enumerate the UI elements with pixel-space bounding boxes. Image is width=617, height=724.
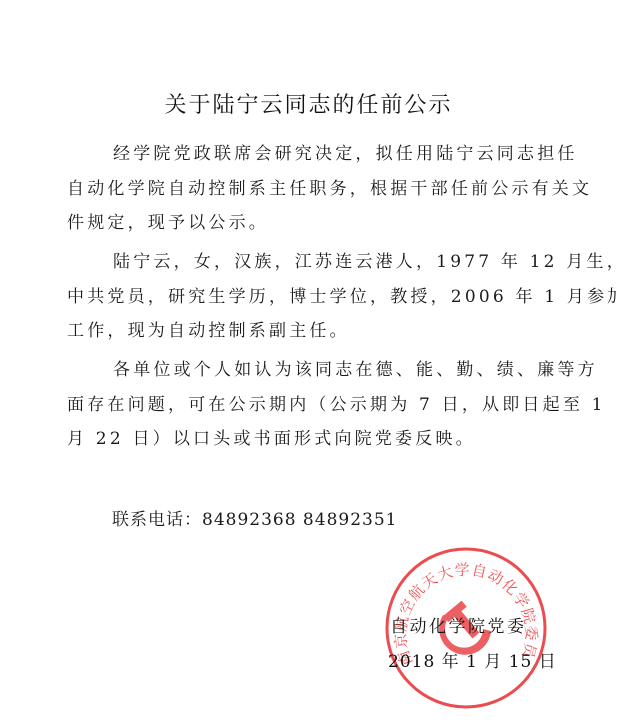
signature-organization: 自动化学院党委 [390,612,527,637]
paragraph-1-line-2: 自动化学院自动控制系主任职务，根据干部任前公示有关文 [67,179,592,199]
signature-date: 2018 年 1 月 15 日 [388,647,557,672]
contact-phone: 联系电话：84892368 84892351 [112,505,397,530]
paragraph-3-line-3: 月 22 日）以口头或书面形式向院党委反映。 [67,429,476,449]
paragraph-2-line-2: 中共党员，研究生学历，博士学位，教授，2006 年 1 月参加 [67,287,617,307]
paragraph-3-line-1: 各单位或个人如认为该同志在德、能、勤、绩、廉等方 [113,360,598,380]
paragraph-1-line-1: 经学院党政联席会研究决定，拟任用陆宁云同志担任 [113,144,578,164]
paragraph-3-line-2: 面存在问题，可在公示期内（公示期为 7 日，从即日起至 1 [67,395,606,415]
paragraph-2-line-3: 工作，现为自动控制系副主任。 [67,321,350,341]
document-title: 关于陆宁云同志的任前公示 [0,88,617,119]
paragraph-1-line-3: 件规定，现予以公示。 [67,213,269,233]
paragraph-2-line-1: 陆宁云，女，汉族，江苏连云港人，1977 年 12 月生， [113,252,617,272]
